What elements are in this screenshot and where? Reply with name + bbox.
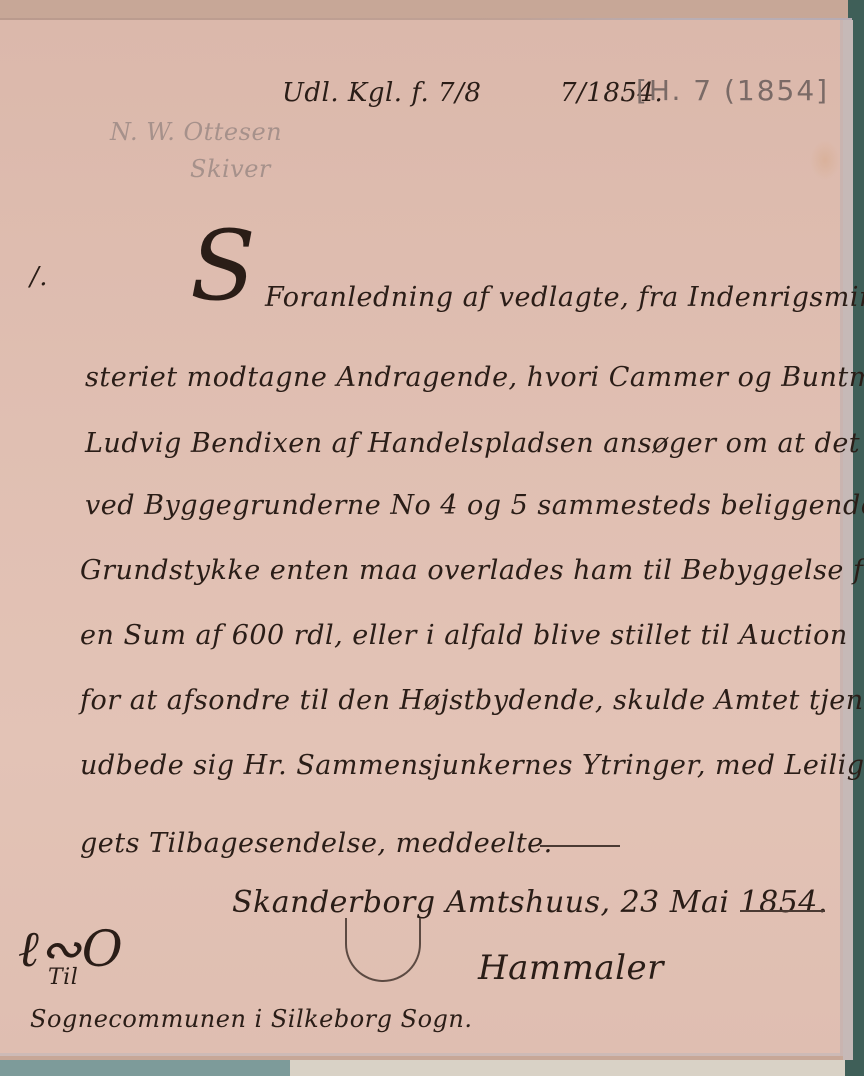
salutation: Til bbox=[48, 965, 78, 990]
closing-dash bbox=[540, 845, 620, 847]
page-edge-strip bbox=[843, 20, 853, 1060]
body-line-1: Foranledning af vedlagte, fra Indenrigsm… bbox=[265, 282, 864, 313]
date-dash bbox=[740, 910, 825, 912]
body-line-3: Ludvig Bendixen af Handelspladsen ansøge… bbox=[85, 428, 864, 459]
body-line-9: gets Tilbagesendelse, meddeelte. bbox=[80, 828, 553, 859]
background-mount-board bbox=[290, 1058, 845, 1076]
recipient: Sognecommunen i Silkeborg Sogn. bbox=[30, 1005, 472, 1033]
body-line-2: steriet modtagne Andragende, hvori Camme… bbox=[85, 362, 864, 393]
faint-pencil-note-name: N. W. Ottesen bbox=[110, 118, 282, 146]
margin-mark: /. bbox=[30, 262, 48, 292]
archive-reference-pencil: [H. 7 (1854] bbox=[636, 74, 829, 107]
body-line-7: for at afsondre til den Højstbydende, sk… bbox=[80, 685, 864, 716]
faint-pencil-note-place: Skiver bbox=[190, 155, 271, 183]
paper-stain bbox=[810, 140, 840, 180]
body-line-6: en Sum af 600 rdl, eller i alfald blive … bbox=[80, 620, 848, 651]
background-mount-left bbox=[0, 1058, 290, 1076]
signature: Hammaler bbox=[478, 948, 664, 988]
archive-reference-ink: Udl. Kgl. f. 7/8 bbox=[282, 78, 481, 108]
body-line-8: udbede sig Hr. Sammensjunkernes Ytringer… bbox=[80, 750, 864, 781]
body-line-5: Grundstykke enten maa overlades ham til … bbox=[80, 555, 864, 586]
place-and-date: Skanderborg Amtshuus, 23 Mai 1854. bbox=[232, 885, 828, 920]
body-line-4: ved Byggegrunderne No 4 og 5 sammesteds … bbox=[85, 490, 864, 521]
decorative-initial: S bbox=[190, 218, 256, 314]
